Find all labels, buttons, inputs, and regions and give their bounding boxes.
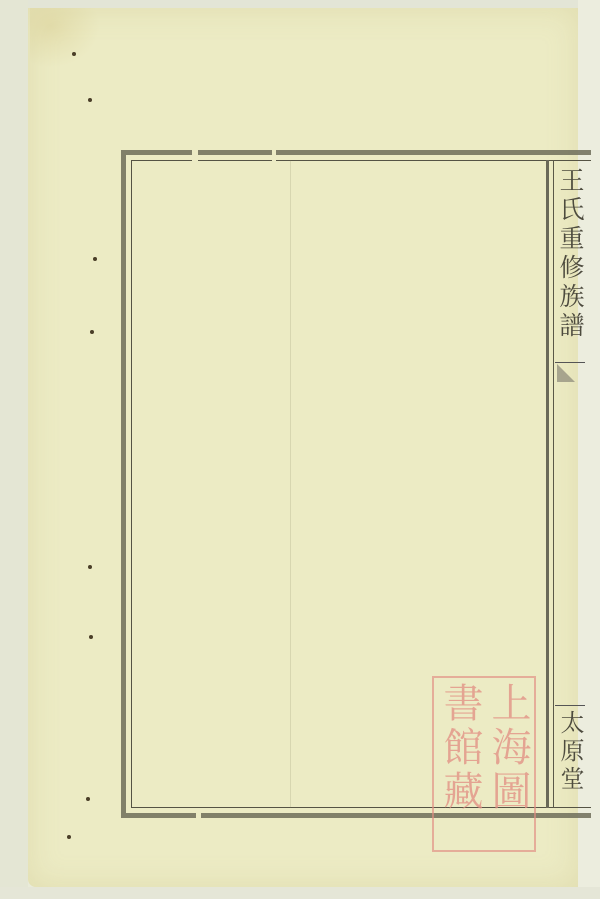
binding-hole [88, 565, 92, 569]
seal-text-left: 書館藏 [436, 682, 484, 814]
fold-line [290, 160, 291, 808]
binding-hole [86, 797, 90, 801]
binding-hole [88, 98, 92, 102]
background-left [0, 0, 28, 899]
library-seal: 上海圖 書館藏 [432, 676, 536, 852]
binding-hole [90, 330, 94, 334]
frame-gap [272, 146, 276, 162]
banxin-title: 王氏重修族譜 [557, 167, 583, 341]
frame-gap [196, 808, 201, 822]
hall-name: 太原堂 [557, 710, 583, 794]
banxin-rule-thick [546, 160, 549, 808]
hall-separator [555, 705, 585, 706]
background-bottom [0, 887, 600, 899]
frame-gap [192, 146, 198, 162]
binding-hole [67, 835, 71, 839]
binding-hole [89, 635, 93, 639]
water-stain [30, 8, 100, 68]
background-top [0, 0, 600, 8]
binding-hole [72, 52, 76, 56]
banxin-title-box: 王氏重修族譜 [555, 165, 585, 361]
title-separator [555, 362, 585, 363]
binding-hole [93, 257, 97, 261]
seal-text-right: 上海圖 [484, 682, 532, 814]
fishtail-mark-icon [557, 364, 575, 382]
banxin-rule-thin [553, 160, 554, 808]
